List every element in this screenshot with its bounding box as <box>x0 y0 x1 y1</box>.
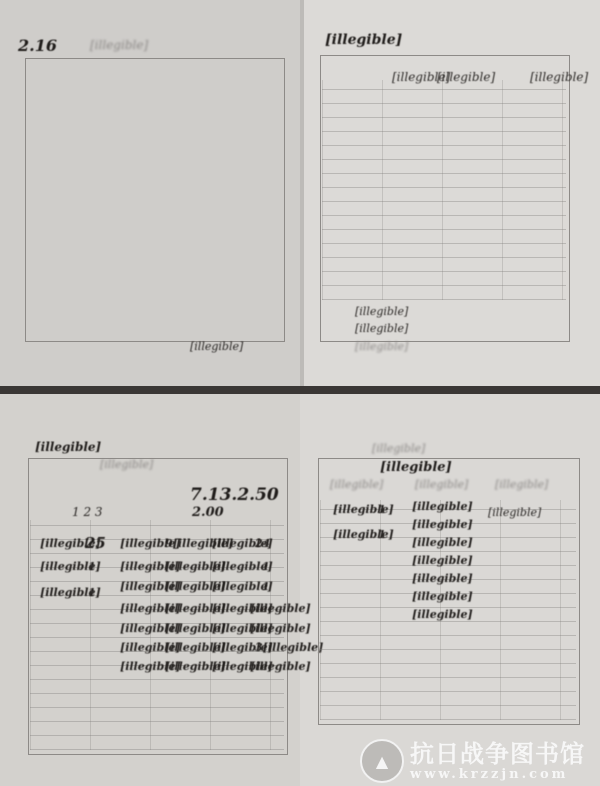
footer-line: [illegible] <box>355 322 408 335</box>
footer-line: [illegible] <box>355 340 408 353</box>
column-mark: [illegible] <box>530 70 588 84</box>
row-cell: 1 <box>262 580 270 593</box>
row-cell: [illegible] <box>250 622 311 635</box>
column-header: [illegible] <box>330 478 383 491</box>
row-cell: 3[illegible] <box>255 641 323 654</box>
row-cell: 25 <box>85 534 106 552</box>
row-cell: 1 <box>88 586 96 599</box>
header-text: [illegible] <box>90 38 148 52</box>
register-entry: [illegible] <box>412 608 473 621</box>
watermark-title: 抗日战争图书馆 <box>410 741 585 767</box>
secondary-amount: 2.00 <box>192 505 224 520</box>
account-header: [illegible] <box>35 440 101 454</box>
register-entry: [illegible] <box>412 536 473 549</box>
total-amount: 7.13.2.50 <box>190 485 279 505</box>
column-mark: [illegible] <box>437 70 495 84</box>
index-marks: 1 2 3 <box>72 505 103 519</box>
library-emblem-icon: ▲ <box>360 739 404 783</box>
footer-text: [illegible] <box>190 340 243 353</box>
row-cell: 1 <box>88 560 96 573</box>
register-entry: [illegible] <box>412 554 473 567</box>
empty-form-frame <box>25 58 285 342</box>
watermark-url: www.krzzjn.com <box>410 767 585 782</box>
column-header: [illegible] <box>495 478 548 491</box>
account-subheader: [illegible] <box>100 458 153 471</box>
register-value: 1 <box>378 528 386 541</box>
ledger-grid <box>322 80 566 300</box>
row-cell: [illegible] <box>250 660 311 673</box>
row-cell: 1 <box>262 560 270 573</box>
column-header: [illegible] <box>415 478 468 491</box>
register-entry: [illegible] <box>412 500 473 513</box>
library-watermark: ▲ 抗日战争图书馆 www.krzzjn.com <box>360 736 600 786</box>
register-entry: [illegible] <box>412 590 473 603</box>
row-cell: 24 <box>255 537 270 550</box>
page-divider <box>0 386 600 394</box>
header-mark: 2.16 <box>18 36 57 55</box>
page-gutter <box>300 0 304 388</box>
register-entry: [illegible] <box>412 572 473 585</box>
register-entry: [illegible] <box>412 518 473 531</box>
footer-line: [illegible] <box>355 305 408 318</box>
account-grid <box>30 520 284 750</box>
register-value: 1 <box>378 503 386 516</box>
row-cell: [illegible] <box>250 602 311 615</box>
register-header: [illegible] <box>372 442 425 455</box>
register-note: [illegible] <box>488 506 541 519</box>
ledger-header: [illegible] <box>325 32 402 48</box>
register-subheader: [illegible] <box>380 460 452 475</box>
